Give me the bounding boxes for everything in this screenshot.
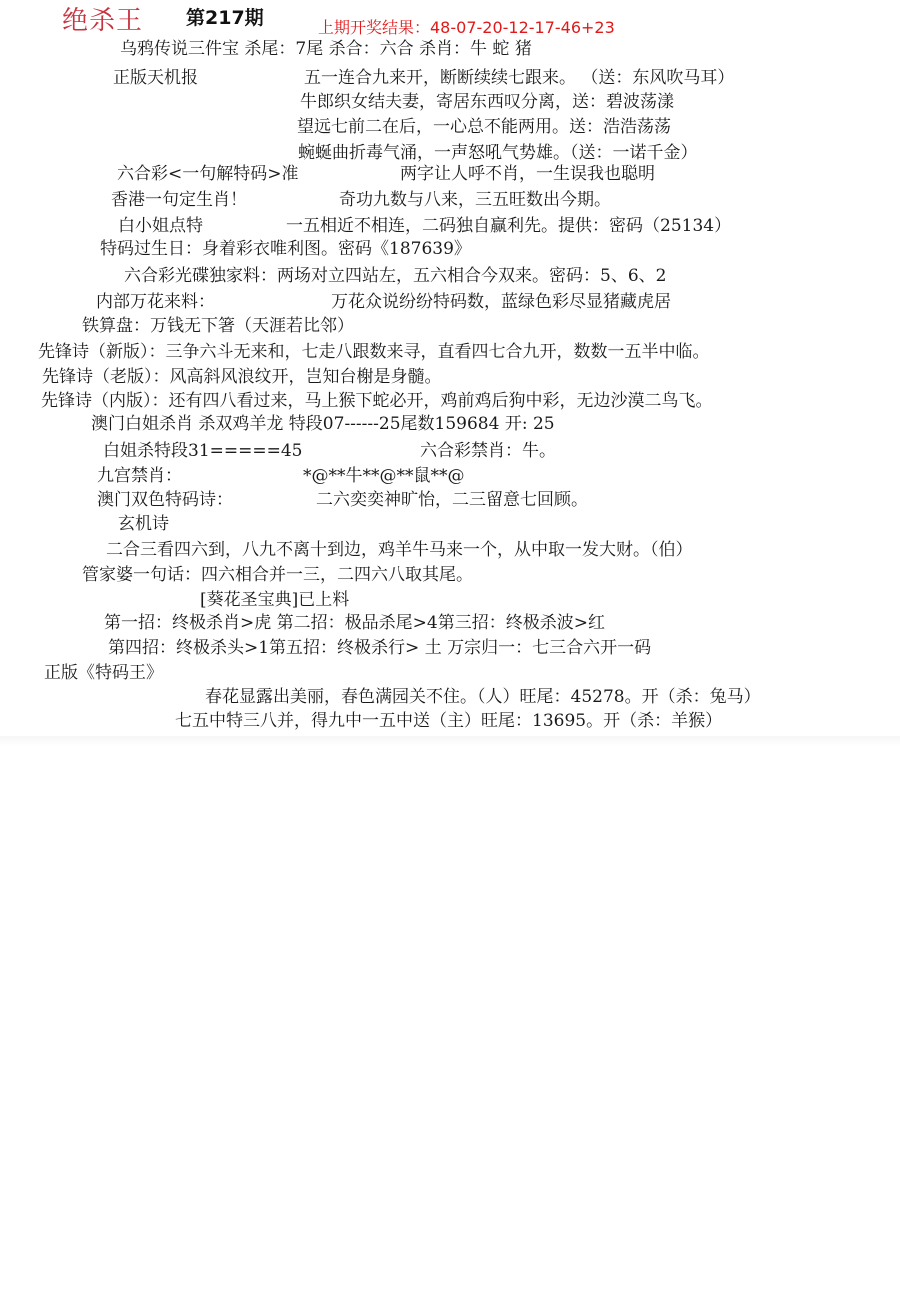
text-line: 七五中特三八并，得九中一五中送（主）旺尾：13695。开（杀：羊猴） xyxy=(175,710,722,732)
scan-edge-divider xyxy=(0,736,900,746)
text-line: 九宫禁肖： xyxy=(97,465,182,487)
text-line: 澳门双色特码诗： xyxy=(97,489,233,511)
text-line: 铁算盘：万钱无下箸（天涯若比邻） xyxy=(82,315,354,337)
text-line: 先锋诗（新版）：三争六斗无来和，七走八跟数来寻，直看四七合九开，数数一五半中临。 xyxy=(38,341,710,363)
text-line: *@**牛**@**鼠**@ xyxy=(303,465,465,487)
text-line: 春花显露出美丽，春色满园关不住。（人）旺尾：45278。开（杀：兔马） xyxy=(205,686,761,708)
text-line: 一五相近不相连，二码独自赢利先。提供：密码（25134） xyxy=(286,215,731,237)
text-line: 先锋诗（内版）：还有四八看过来，马上猴下蛇必开，鸡前鸡后狗中彩，无边沙漠二鸟飞。 xyxy=(41,390,713,412)
text-line: 望远七前二在后，一心总不能两用。送：浩浩荡荡 xyxy=(297,116,671,138)
text-line: 管家婆一句话：四六相合并一三，二四六八取其尾。 xyxy=(82,564,473,586)
text-line: 第四招：终极杀头>1第五招：终极杀行> 土 万宗归一：七三合六开一码 xyxy=(108,637,651,659)
text-line: 正版天机报 xyxy=(113,67,198,89)
issue-number: 第217期 xyxy=(186,3,264,30)
text-line: 澳门白姐杀肖 杀双鸡羊龙 特段07------25尾数159684 开: 25 xyxy=(91,413,555,435)
text-line: 两字让人呼不肖，一生误我也聪明 xyxy=(400,163,655,185)
text-line: 玄机诗 xyxy=(118,513,169,535)
text-line: 乌鸦传说三件宝 杀尾：7尾 杀合：六合 杀肖：牛 蛇 猪 xyxy=(120,38,532,60)
text-line: 内部万花来料： xyxy=(96,291,215,313)
text-line: 五一连合九来开，断断续续七跟来。 （送：东风吹马耳） xyxy=(304,67,734,89)
text-line: 正版《特码王》 xyxy=(44,662,163,684)
text-line: 二六奕奕神旷怡，二三留意七回顾。 xyxy=(316,489,588,511)
text-line: 万花众说纷纷特码数，蓝绿色彩尽显猪藏虎居 xyxy=(331,291,671,313)
text-line: 先锋诗（老版）：风高斜风浪纹开，岂知台榭是身髓。 xyxy=(42,366,442,388)
text-line: 奇功九数与八来，三五旺数出今期。 xyxy=(339,189,611,211)
text-line: 二合三看四六到，八九不离十到边，鸡羊牛马来一个，从中取一发大财。（伯） xyxy=(106,539,693,561)
brand-title: 绝杀王 xyxy=(62,0,143,37)
text-line: 白小姐点特 xyxy=(118,215,203,237)
text-line: 六合彩禁肖：牛。 xyxy=(420,440,556,462)
text-line: 特码过生日：身着彩衣唯利图。密码《187639》 xyxy=(100,238,471,260)
last-draw-result: 上期开奖结果：48-07-20-12-17-46+23 xyxy=(318,15,615,38)
text-line: 六合彩<一句解特码>准 xyxy=(117,163,299,185)
text-line: 牛郎织女结夫妻，寄居东西叹分离，送：碧波荡漾 xyxy=(300,91,674,113)
text-line: 第一招：终极杀肖>虎 第二招：极品杀尾>4第三招：终极杀波>红 xyxy=(104,612,605,634)
text-line: [葵花圣宝典]已上料 xyxy=(200,589,349,611)
text-line: 蜿蜒曲折毒气涌，一声怒吼气势雄。（送：一诺千金） xyxy=(298,142,698,164)
text-line: 白姐杀特段31=====45 xyxy=(103,440,302,462)
text-line: 香港一句定生肖！ xyxy=(111,189,247,211)
text-line: 六合彩光碟独家料：两场对立四站左，五六相合今双来。密码：5、6、2 xyxy=(124,265,666,287)
